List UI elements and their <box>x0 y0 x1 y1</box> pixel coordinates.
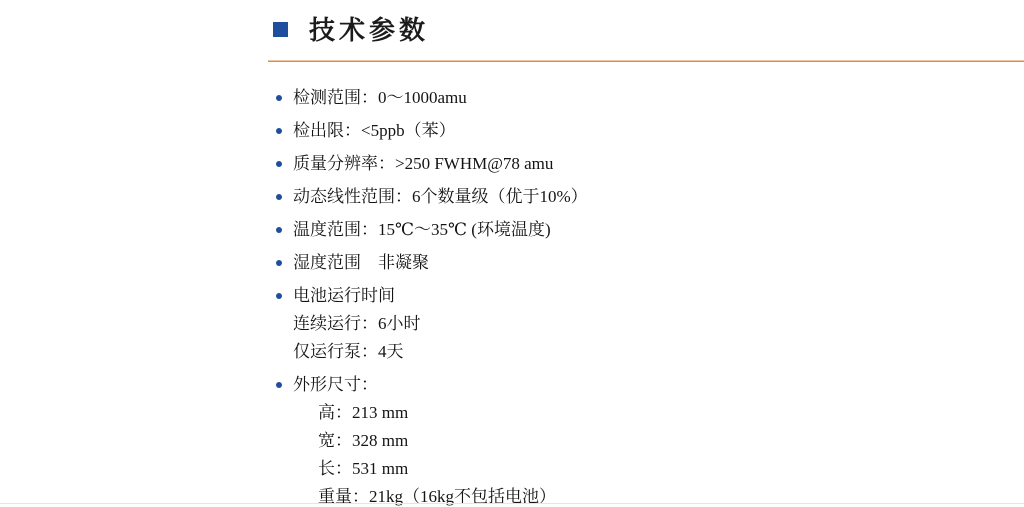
bullet-icon <box>272 88 293 108</box>
list-item: 电池运行时间 <box>272 286 892 306</box>
title-divider-rule <box>268 60 1024 62</box>
list-item: 动态线性范围：6个数量级（优于10%） <box>272 187 892 207</box>
list-subitem: 仅运行泵：4天 <box>272 342 892 362</box>
list-item-text: 宽：328 mm <box>318 431 408 451</box>
list-item-text: 检测范围：0～1000amu <box>293 88 467 108</box>
list-subitem: 高：213 mm <box>272 403 892 423</box>
bullet-icon <box>272 286 293 306</box>
list-item: 检测范围：0～1000amu <box>272 88 892 108</box>
list-item-text: 质量分辨率：>250 FWHM@78 amu <box>293 154 553 174</box>
page-title: 技术参数 <box>309 15 429 45</box>
bullet-icon <box>272 253 293 273</box>
list-subitem: 连续运行：6小时 <box>272 314 892 334</box>
list-item: 温度范围：15℃～35℃ (环境温度) <box>272 220 892 240</box>
list-item-text: 仅运行泵：4天 <box>293 342 404 362</box>
list-item: 质量分辨率：>250 FWHM@78 amu <box>272 154 892 174</box>
list-item: 湿度范围 非凝聚 <box>272 253 892 273</box>
list-item-text: 重量：21kg（16kg不包括电池） <box>318 487 556 507</box>
list-subitem: 长：531 mm <box>272 459 892 479</box>
list-item-text: 检出限：<5ppb（苯） <box>293 121 456 141</box>
list-item-text: 连续运行：6小时 <box>293 314 421 334</box>
list-subitem: 重量：21kg（16kg不包括电池） <box>272 487 892 507</box>
bullet-icon <box>272 154 293 174</box>
list-item-text: 长：531 mm <box>318 459 408 479</box>
title-accent-square-icon <box>273 22 288 37</box>
list-item-text: 温度范围：15℃～35℃ (环境温度) <box>293 220 551 240</box>
list-item-text: 动态线性范围：6个数量级（优于10%） <box>293 187 588 207</box>
list-subitem: 宽：328 mm <box>272 431 892 451</box>
list-item-text: 外形尺寸： <box>293 375 378 395</box>
list-item-text: 电池运行时间 <box>293 286 395 306</box>
slide-page: { "page": { "background_color": "#ffffff… <box>0 0 1024 507</box>
bullet-icon <box>272 187 293 207</box>
list-item-text: 湿度范围 非凝聚 <box>293 253 429 273</box>
bullet-icon <box>272 121 293 141</box>
bottom-edge-rule <box>0 503 1024 504</box>
bullet-icon <box>272 375 293 395</box>
list-item: 检出限：<5ppb（苯） <box>272 121 892 141</box>
list-item: 外形尺寸： <box>272 375 892 395</box>
spec-list: 检测范围：0～1000amu 检出限：<5ppb（苯） 质量分辨率：>250 F… <box>272 88 892 507</box>
list-item-text: 高：213 mm <box>318 403 408 423</box>
slide-header: 技术参数 <box>0 0 1024 64</box>
bullet-icon <box>272 220 293 240</box>
